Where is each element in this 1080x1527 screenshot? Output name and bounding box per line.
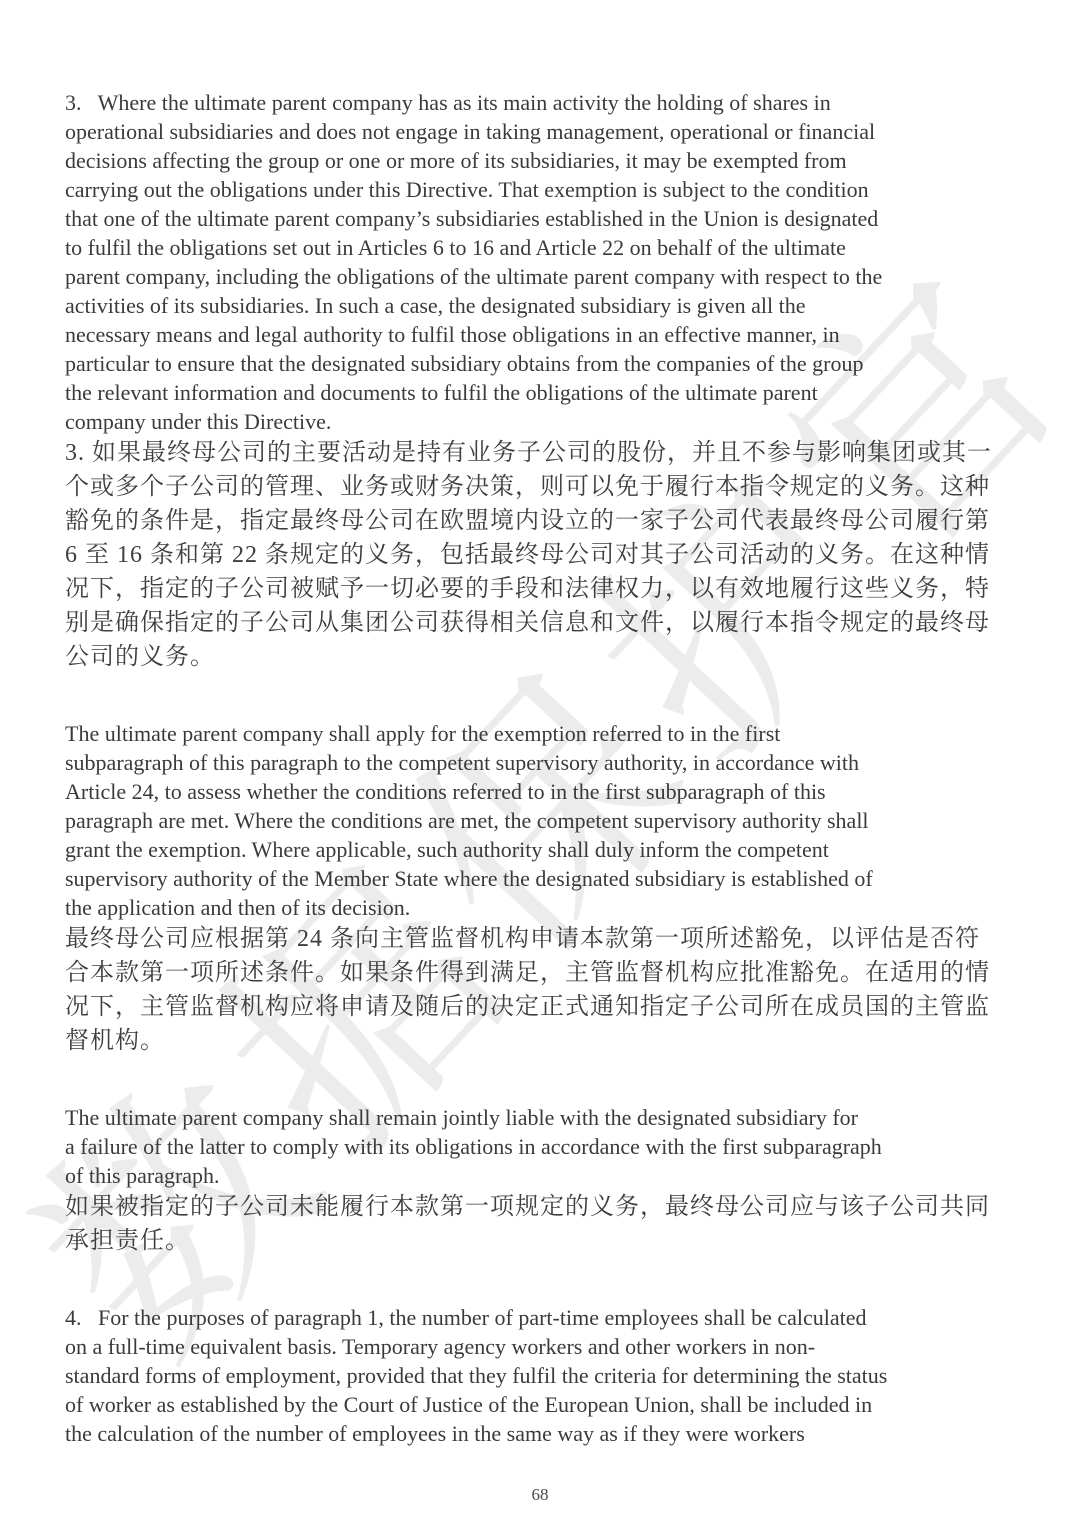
text-line: necessary means and legal authority to f… xyxy=(65,320,1015,349)
text-line: the relevant information and documents t… xyxy=(65,378,1015,407)
text-line: 6 至 16 条和第 22 条规定的义务，包括最终母公司对其子公司活动的义务。在… xyxy=(65,538,1015,572)
text-line: grant the exemption. Where applicable, s… xyxy=(65,835,1015,864)
text-line: operational subsidiaries and does not en… xyxy=(65,117,1015,146)
text-line: Article 24, to assess whether the condit… xyxy=(65,777,1015,806)
paragraph: 最终母公司应根据第 24 条向主管监督机构申请本款第一项所述豁免，以评估是否符合… xyxy=(65,922,1015,1058)
text-line: 承担责任。 xyxy=(65,1224,1015,1258)
text-line: 况下，指定的子公司被赋予一切必要的手段和法律权力，以有效地履行这些义务，特 xyxy=(65,572,1015,606)
page-number: 68 xyxy=(0,1485,1080,1505)
text-line: 豁免的条件是，指定最终母公司在欧盟境内设立的一家子公司代表最终母公司履行第 xyxy=(65,504,1015,538)
paragraph: 3. 如果最终母公司的主要活动是持有业务子公司的股份，并且不参与影响集团或其一个… xyxy=(65,436,1015,674)
text-line: subparagraph of this paragraph to the co… xyxy=(65,748,1015,777)
text-line: a failure of the latter to comply with i… xyxy=(65,1132,1015,1161)
text-line: that one of the ultimate parent company’… xyxy=(65,204,1015,233)
paragraph: 3. Where the ultimate parent company has… xyxy=(65,88,1015,436)
text-line: 最终母公司应根据第 24 条向主管监督机构申请本款第一项所述豁免，以评估是否符 xyxy=(65,922,1015,956)
text-line: 个或多个子公司的管理、业务或财务决策，则可以免于履行本指令规定的义务。这种 xyxy=(65,470,1015,504)
text-line: parent company, including the obligation… xyxy=(65,262,1015,291)
text-line: activities of its subsidiaries. In such … xyxy=(65,291,1015,320)
paragraph: 4. For the purposes of paragraph 1, the … xyxy=(65,1303,1015,1448)
text-line: supervisory authority of the Member Stat… xyxy=(65,864,1015,893)
document-page: 数据保护官 3. Where the ultimate parent compa… xyxy=(0,0,1080,1527)
text-line: of worker as established by the Court of… xyxy=(65,1390,1015,1419)
text-line: carrying out the obligations under this … xyxy=(65,175,1015,204)
text-line: decisions affecting the group or one or … xyxy=(65,146,1015,175)
paragraph: The ultimate parent company shall remain… xyxy=(65,1103,1015,1190)
text-line: paragraph are met. Where the conditions … xyxy=(65,806,1015,835)
text-line: of this paragraph. xyxy=(65,1161,1015,1190)
text-line: 督机构。 xyxy=(65,1024,1015,1058)
text-line: 4. For the purposes of paragraph 1, the … xyxy=(65,1303,1015,1332)
text-line: 3. Where the ultimate parent company has… xyxy=(65,88,1015,117)
text-line: The ultimate parent company shall remain… xyxy=(65,1103,1015,1132)
document-content: 3. Where the ultimate parent company has… xyxy=(65,88,1015,1448)
text-line: the calculation of the number of employe… xyxy=(65,1419,1015,1448)
text-line: 别是确保指定的子公司从集团公司获得相关信息和文件，以履行本指令规定的最终母 xyxy=(65,606,1015,640)
text-line: The ultimate parent company shall apply … xyxy=(65,719,1015,748)
text-line: 如果被指定的子公司未能履行本款第一项规定的义务，最终母公司应与该子公司共同 xyxy=(65,1190,1015,1224)
text-line: company under this Directive. xyxy=(65,407,1015,436)
text-line: 3. 如果最终母公司的主要活动是持有业务子公司的股份，并且不参与影响集团或其一 xyxy=(65,436,1015,470)
text-line: 合本款第一项所述条件。如果条件得到满足，主管监督机构应批准豁免。在适用的情 xyxy=(65,956,1015,990)
paragraph: 如果被指定的子公司未能履行本款第一项规定的义务，最终母公司应与该子公司共同承担责… xyxy=(65,1190,1015,1258)
text-line: the application and then of its decision… xyxy=(65,893,1015,922)
text-line: particular to ensure that the designated… xyxy=(65,349,1015,378)
text-line: on a full-time equivalent basis. Tempora… xyxy=(65,1332,1015,1361)
paragraph: The ultimate parent company shall apply … xyxy=(65,719,1015,922)
text-line: standard forms of employment, provided t… xyxy=(65,1361,1015,1390)
text-line: to fulfil the obligations set out in Art… xyxy=(65,233,1015,262)
text-line: 况下，主管监督机构应将申请及随后的决定正式通知指定子公司所在成员国的主管监 xyxy=(65,990,1015,1024)
text-line: 公司的义务。 xyxy=(65,640,1015,674)
